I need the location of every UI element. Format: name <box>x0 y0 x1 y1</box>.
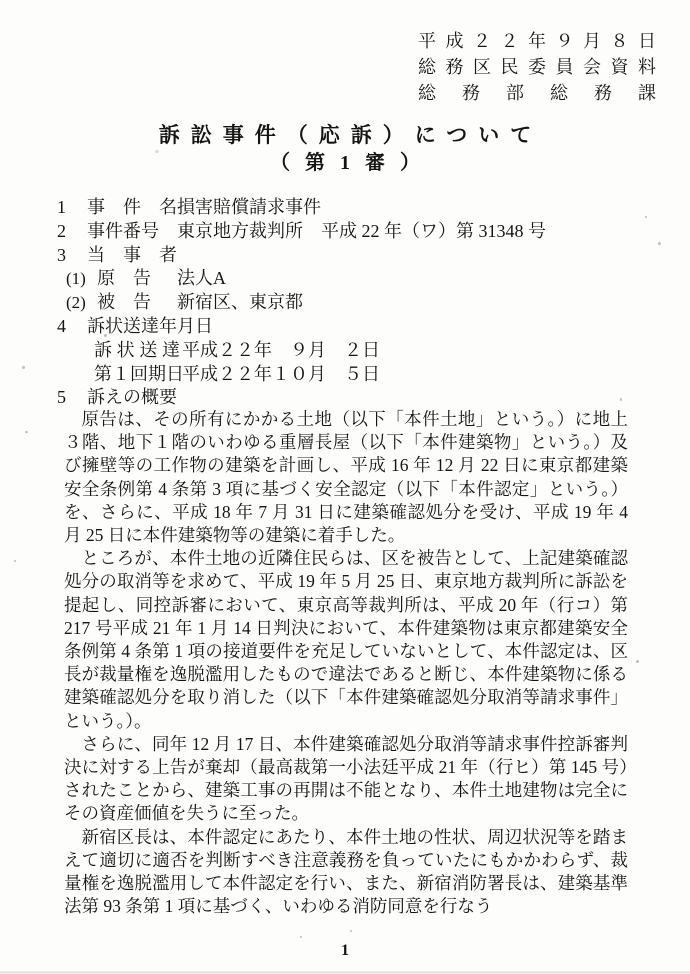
scan-speck <box>155 150 159 153</box>
scan-speck <box>350 930 352 932</box>
field-number: 5 <box>57 386 87 410</box>
party-value: 法人A <box>177 267 226 291</box>
field-value: 東京地方裁判所 平成 22 年（ワ）第 31348 号 <box>177 220 546 244</box>
scan-speck <box>14 560 16 562</box>
summary-paragraph: さらに、同年 12 月 17 日、本件建築確認処分取消等請求事件控訴審判決に対す… <box>64 733 628 826</box>
scan-speck <box>658 242 661 245</box>
case-fields: 1 事 件 名 損害賠償請求事件 2 事件番号 東京地方裁判所 平成 22 年（… <box>57 196 650 410</box>
service-row-first-hearing: 第１回期日 平成２２年１０月 ５日 <box>94 363 650 387</box>
field-label: 事 件 名 <box>87 196 177 220</box>
party-label: 原 告 <box>97 267 177 291</box>
summary-paragraph: 原告は、その所有にかかる土地（以下「本件土地」という。）に地上３階、地下１階のい… <box>64 408 628 547</box>
field-label: 訴えの概要 <box>87 386 177 410</box>
field-value: 損害賠償請求事件 <box>177 196 321 220</box>
document-title: 訴訟事件（応訴）について <box>0 122 690 148</box>
scanned-document-page: 平成２２年９月８日 総務区民委員会資料 総務部総務課 訴訟事件（応訴）について … <box>0 0 690 974</box>
claim-summary: 原告は、その所有にかかる土地（以下「本件土地」という。）に地上３階、地下１階のい… <box>64 408 628 918</box>
committee-name: 総務区民委員会資料 <box>418 54 656 80</box>
department-name: 総務部総務課 <box>418 80 656 106</box>
service-value: 平成２２年１０月 ５日 <box>180 363 380 387</box>
field-row-service-date: 4 訴状送達年月日 <box>57 315 650 339</box>
page-number: 1 <box>0 942 690 960</box>
field-number: 3 <box>57 244 87 268</box>
field-number: 4 <box>57 315 87 339</box>
party-value: 新宿区、東京都 <box>177 291 303 315</box>
scan-speck <box>25 431 28 433</box>
scan-speck <box>22 366 25 369</box>
field-number: 1 <box>57 196 87 220</box>
service-label: 第１回期日 <box>94 363 180 387</box>
service-label: 訴状送達 <box>94 339 180 363</box>
scan-speck <box>104 334 107 337</box>
party-label: 被 告 <box>97 291 177 315</box>
document-date: 平成２２年９月８日 <box>418 28 656 54</box>
service-value: 平成２２年 ９月 ２日 <box>180 339 380 363</box>
summary-paragraph: 新宿区長は、本件認定にあたり、本件土地の性状、周辺状況等を踏まえて適切に適否を判… <box>64 826 628 919</box>
party-row-plaintiff: (1) 原 告 法人A <box>66 267 650 291</box>
field-label: 事件番号 <box>87 220 177 244</box>
summary-paragraph: ところが、本件土地の近隣住民らは、区を被告として、上記建築確認処分の取消等を求め… <box>64 547 628 733</box>
field-row-case-number: 2 事件番号 東京地方裁判所 平成 22 年（ワ）第 31348 号 <box>57 220 650 244</box>
party-number: (1) <box>66 267 97 291</box>
scan-speck <box>300 936 302 938</box>
field-label: 訴状送達年月日 <box>87 315 177 339</box>
title-block: 訴訟事件（応訴）について （第1審） <box>0 122 690 176</box>
field-row-summary-heading: 5 訴えの概要 <box>57 386 650 410</box>
field-number: 2 <box>57 220 87 244</box>
scan-speck <box>645 216 647 218</box>
field-row-case-name: 1 事 件 名 損害賠償請求事件 <box>57 196 650 220</box>
document-header: 平成２２年９月８日 総務区民委員会資料 総務部総務課 <box>418 28 656 106</box>
field-row-parties: 3 当 事 者 <box>57 244 650 268</box>
party-number: (2) <box>66 291 97 315</box>
field-label: 当 事 者 <box>87 244 177 268</box>
service-row-complaint: 訴状送達 平成２２年 ９月 ２日 <box>94 339 650 363</box>
scan-speck <box>620 398 622 401</box>
scan-speck <box>636 660 639 663</box>
document-subtitle: （第1審） <box>0 150 690 176</box>
party-row-defendant: (2) 被 告 新宿区、東京都 <box>66 291 650 315</box>
